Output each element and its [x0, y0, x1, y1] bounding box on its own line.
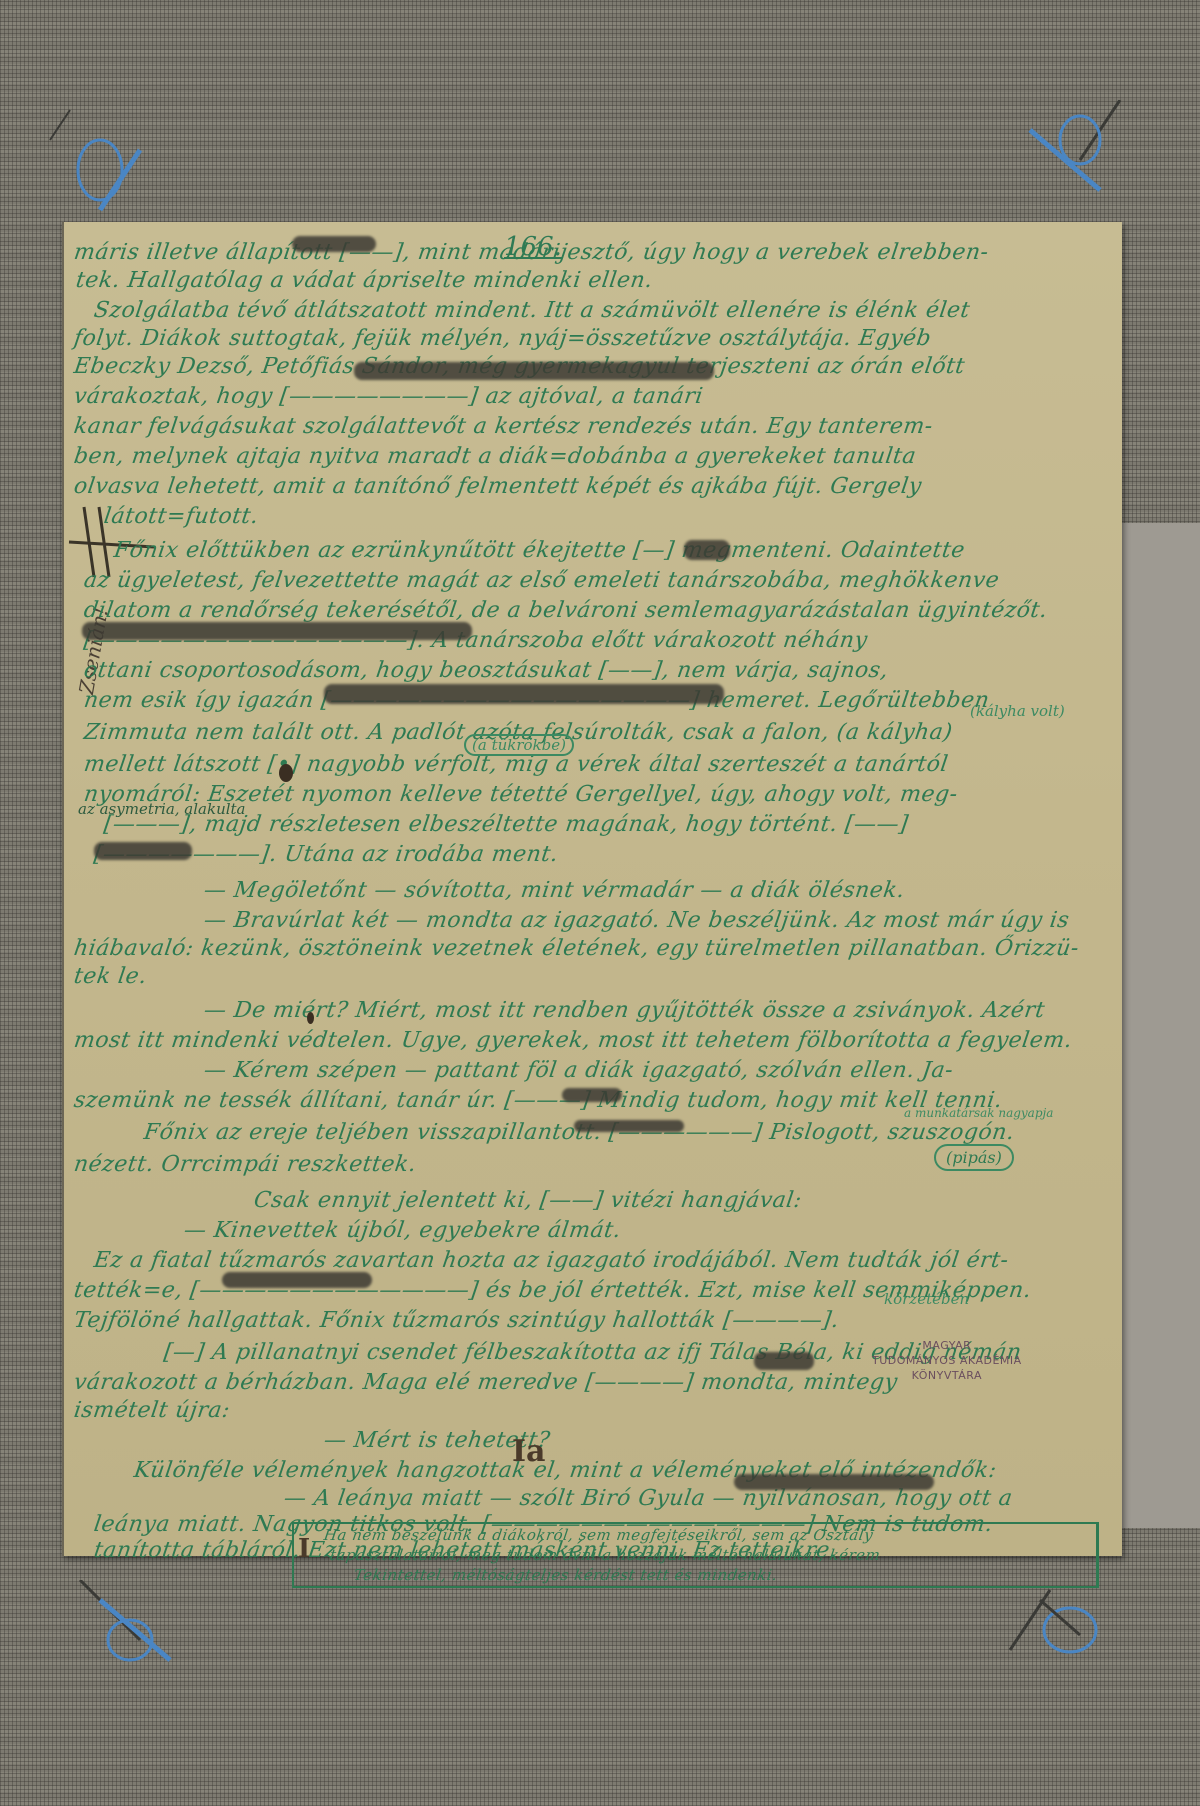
text-line: — De miért? Miért, most itt rendben gyűj… — [202, 998, 1046, 1023]
text-line: most itt mindenki védtelen. Ugye, gyerek… — [72, 1028, 1074, 1053]
corner-mount-mark-top-right — [1010, 100, 1140, 230]
text-line: — Bravúrlat két — mondta az igazgató. Ne… — [202, 908, 1071, 933]
text-line: — Kinevettek újból, egyebekre álmát. — [182, 1218, 622, 1243]
boxed-insertion: I Ha nem beszélünk a diákokról, sem megf… — [292, 1522, 1099, 1588]
text-line: Ez a fiatal tűzmarós zavartan hozta az i… — [92, 1248, 1010, 1273]
strikethrough-blot — [754, 1352, 814, 1370]
text-line: szemünk ne tessék állítani, tanár úr. [—… — [72, 1088, 1004, 1113]
text-line: Szolgálatba tévő átlátszatott mindent. I… — [92, 298, 971, 323]
strikethrough-blot — [324, 684, 724, 704]
stamp-line: MAGYAR — [872, 1338, 1022, 1353]
insertion-note: körzetében — [884, 1290, 969, 1308]
corner-mount-mark-bottom-left — [60, 1580, 190, 1710]
strikethrough-blot — [684, 540, 730, 560]
text-line: — Megöletőnt — sóvította, mint vérmadár … — [202, 878, 906, 903]
text-line: Tejfölöné hallgattak. Főnix tűzmarós szi… — [72, 1308, 841, 1333]
stamp-line: TUDOMÁNYOS AKADÉMIA — [872, 1353, 1022, 1368]
strikethrough-blot — [94, 842, 192, 860]
stamp-line: KÖNYVTÁRA — [872, 1368, 1022, 1383]
text-line: várakozott a bérházban. Maga elé meredve… — [72, 1370, 899, 1395]
text-line: Csak ennyit jelentett ki, [——] vitézi ha… — [252, 1188, 803, 1213]
insertion-mark: Ia — [512, 1434, 545, 1469]
text-line: folyt. Diákok suttogtak, fejük mélyén, n… — [72, 326, 933, 351]
insertion-circled: (pipás) — [934, 1144, 1014, 1171]
strikethrough-blot — [292, 236, 376, 252]
boxed-line: Tekintettel, méltóságteljes kérdést tett… — [353, 1566, 779, 1584]
strikethrough-blot — [574, 1120, 684, 1132]
corner-mount-mark-bottom-right — [990, 1580, 1120, 1710]
text-line: kanar felvágásukat szolgálattevőt a kert… — [72, 414, 934, 439]
insertion-circled: (a tükrökbe) — [464, 734, 574, 756]
ink-blot — [307, 1012, 314, 1024]
text-line: ben, melynek ajtaja nyitva maradt a diák… — [72, 444, 917, 469]
boxed-line: Ha nem beszélünk a diákokról, sem megfej… — [323, 1526, 875, 1544]
text-line: hiábavaló: kezünk, ösztöneink vezetnek é… — [72, 936, 1080, 961]
text-line: tek le. — [72, 964, 148, 989]
strikethrough-blot — [562, 1088, 622, 1102]
library-stamp: MAGYAR TUDOMÁNYOS AKADÉMIA KÖNYVTÁRA — [872, 1338, 1022, 1383]
text-line: ottani csoportosodásom, hogy beosztásuka… — [82, 658, 890, 683]
strikethrough-blot — [222, 1272, 372, 1288]
ink-blot — [279, 764, 293, 782]
text-line: várakoztak, hogy [————————] az ajtóval, … — [72, 384, 704, 409]
text-line: ismételt újra: — [72, 1398, 231, 1423]
insertion-marker: I — [298, 1534, 310, 1564]
insertion-note: a munkatársak nagyapja — [904, 1106, 1053, 1120]
backing-card — [1122, 523, 1200, 1528]
strikethrough-blot — [82, 622, 472, 640]
text-line: tek. Hallgatólag a vádat ápriselte minde… — [74, 268, 654, 293]
text-line: az ügyeletest, felvezettette magát az el… — [82, 568, 1001, 593]
strikethrough-blot — [354, 362, 714, 380]
text-line: máris illetve állapított [——], mint madá… — [72, 240, 990, 265]
boxed-line: tapasztalatairól, meg tudom óvni a hozzá… — [329, 1546, 882, 1564]
text-line: látott=futott. — [102, 504, 260, 529]
manuscript-sheet: 166. Zsenián! máris illetve állapított [… — [62, 222, 1122, 1556]
text-line: nézett. Orrcimpái reszkettek. — [72, 1152, 418, 1177]
text-line: dilatom a rendőrség tekerésétől, de a be… — [82, 598, 1049, 623]
corner-mount-mark-top-left — [40, 100, 170, 230]
text-line: Főnix előttükben az ezrünkynűtött ékejte… — [112, 538, 966, 563]
strikethrough-blot — [734, 1474, 934, 1490]
insertion-note: (kályha volt) — [970, 702, 1065, 720]
text-line: olvasva lehetett, amit a tanítónő felmen… — [72, 474, 923, 499]
insertion-note: az asymetria, alakulta — [78, 800, 246, 818]
text-line: — Kérem szépen — pattant föl a diák igaz… — [202, 1058, 955, 1083]
